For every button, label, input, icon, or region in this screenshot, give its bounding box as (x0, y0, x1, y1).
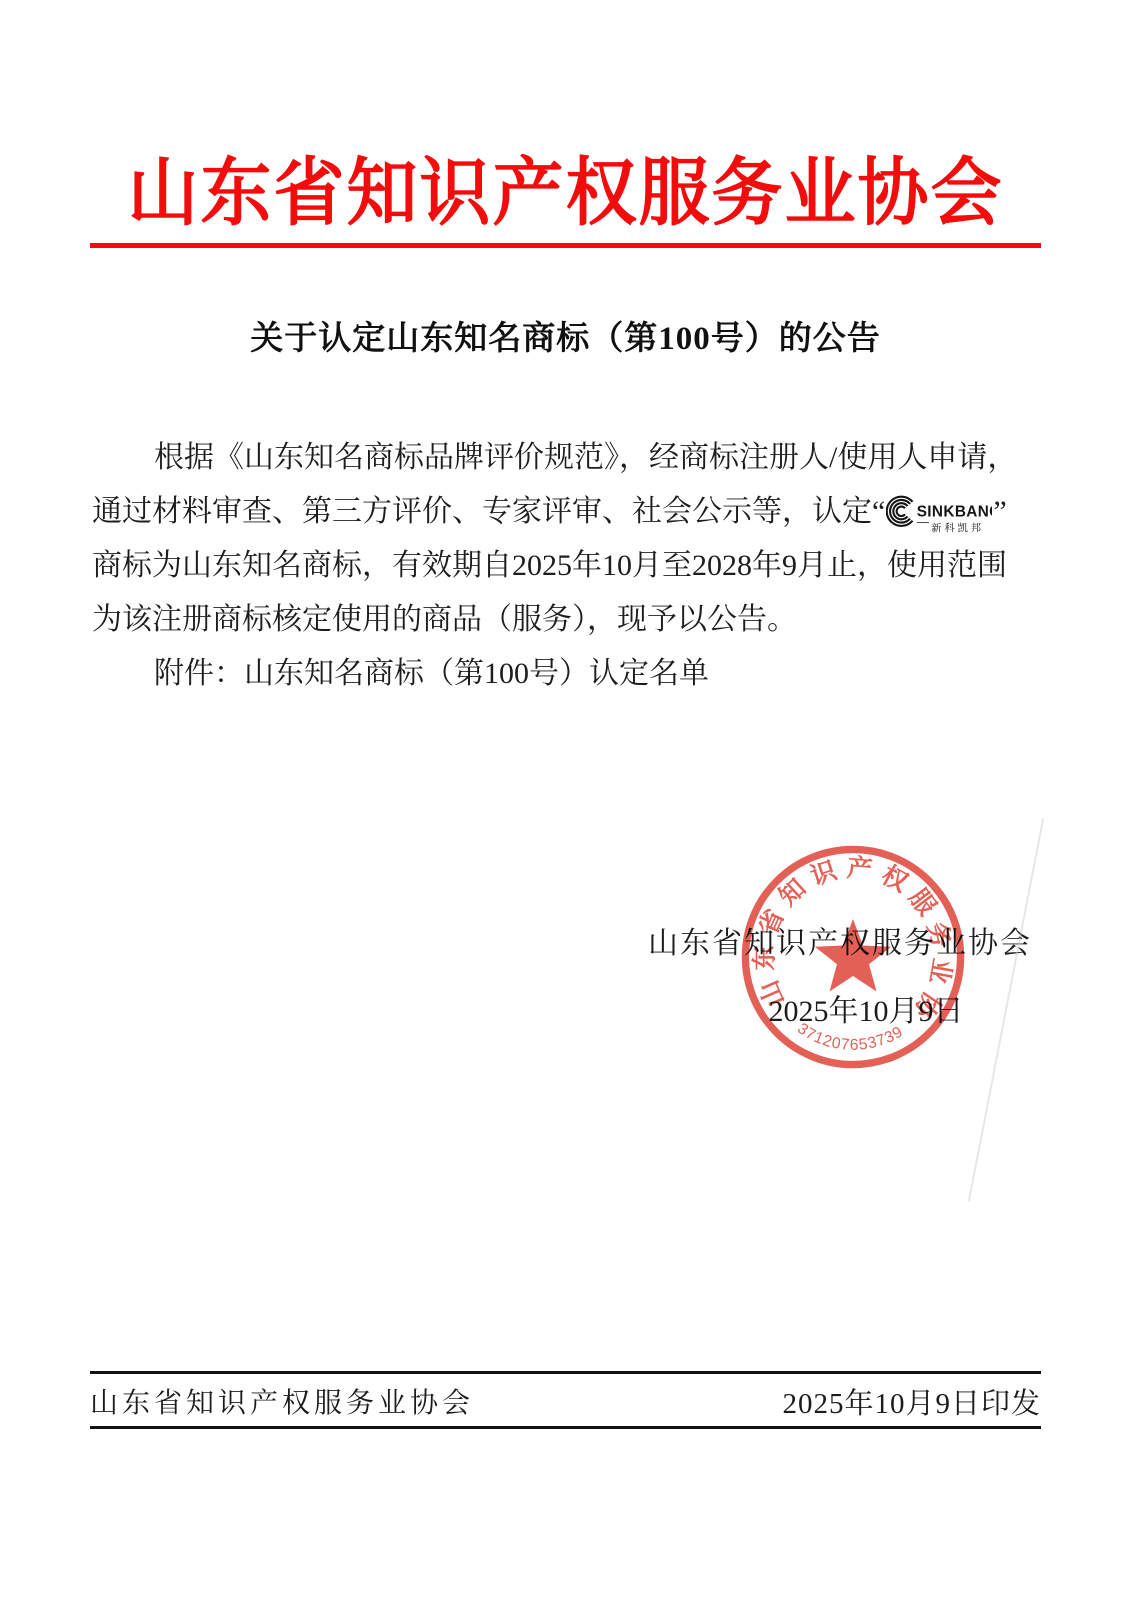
body-line-2-closing-quote: ” (993, 495, 1006, 528)
seal-number: 371207653739 (794, 1020, 906, 1054)
letterhead-divider (90, 243, 1041, 248)
sinkbang-trademark-logo: SINKBANG 新科凯邦 (886, 489, 992, 535)
trademark-latin-name: SINKBANG (917, 503, 992, 520)
seal-star-icon (815, 919, 891, 991)
official-seal: 山东省知识产权服务业协会 371207653739 (737, 841, 969, 1073)
seal-ring-text: 山东省知识产权服务业协会 (737, 841, 956, 1025)
concentric-arcs-icon (887, 497, 913, 526)
attachment-line: 附件：山东知名商标（第100号）认定名单 (92, 647, 1040, 701)
body-line-4: 为该注册商标核定使用的商品（服务），现予以公告。 (92, 593, 1040, 647)
footer-issue-info: 2025年10月9日印发 (782, 1381, 1041, 1422)
footer-bottom-rule (90, 1426, 1041, 1429)
svg-text:山东省知识产权服务业协会: 山东省知识产权服务业协会 (737, 841, 956, 1025)
document-title: 关于认定山东知名商标（第100号）的公告 (90, 318, 1041, 360)
svg-text:371207653739: 371207653739 (794, 1020, 906, 1054)
body-line-2: 通过材料审查、第三方评价、专家评审、社会公示等，认定“ SINKBANG 新科凯… (92, 485, 1040, 539)
footer-org-name: 山东省知识产权服务业协会 (90, 1381, 474, 1421)
body-line-3: 商标为山东知名商标，有效期自2025年10月至2028年9月止，使用范围 (92, 539, 1040, 593)
document-body: 根据《山东知名商标品牌评价规范》，经商标注册人/使用人申请， 通过材料审查、第三… (92, 431, 1040, 701)
footer: 山东省知识产权服务业协会 2025年10月9日印发 (90, 1379, 1041, 1423)
document-page: 山东省知识产权服务业协会 关于认定山东知名商标（第100号）的公告 根据《山东知… (0, 0, 1131, 1600)
footer-top-rule (90, 1371, 1041, 1374)
body-line-1: 根据《山东知名商标品牌评价规范》，经商标注册人/使用人申请， (92, 431, 1040, 485)
body-line-2-text: 通过材料审查、第三方评价、专家评审、社会公示等，认定“ (92, 495, 885, 528)
trademark-chinese-name: 新科凯邦 (932, 522, 985, 535)
letterhead-org-name: 山东省知识产权服务业协会 (90, 144, 1041, 244)
